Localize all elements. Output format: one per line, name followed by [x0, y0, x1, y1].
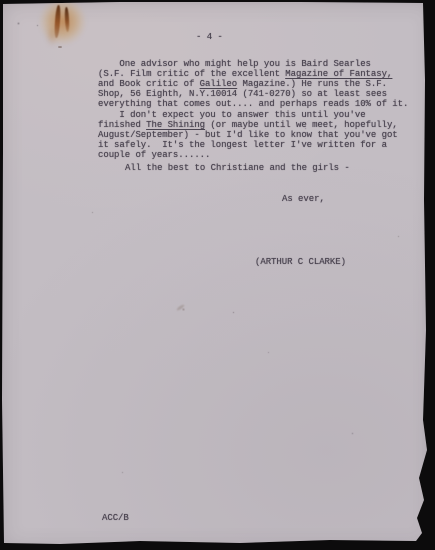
signature-name: (ARTHUR C CLARKE) — [255, 257, 346, 267]
paragraph-advisor: One advisor who might help you is Baird … — [98, 59, 408, 109]
typist-reference: ACC/B — [102, 513, 129, 523]
rust-streak — [64, 7, 69, 32]
rust-stain-blob — [34, 0, 86, 54]
letter-page: - 4 - One advisor who might help you is … — [0, 0, 435, 550]
rust-streak — [54, 5, 61, 38]
rust-stain-tail — [46, 28, 58, 46]
letter-line: and Book critic of Galileo Magazine.) He… — [98, 79, 408, 89]
letter-line: everything that comes out.... and perhap… — [98, 99, 408, 109]
closing-line: All the best to Christiane and the girls… — [125, 163, 350, 173]
letter-line: I don't expect you to answer this until … — [98, 110, 398, 120]
valediction: As ever, — [282, 194, 325, 204]
letter-line: One advisor who might help you is Baird … — [98, 59, 408, 69]
paper-smudge — [176, 304, 185, 312]
letter-line: finished The Shining (or maybe until we … — [98, 120, 398, 130]
page-number: - 4 - — [196, 32, 223, 42]
paragraph-reply: I don't expect you to answer this until … — [98, 110, 398, 160]
letter-line: Shop, 56 Eighth, N.Y.10014 (741-0270) so… — [98, 89, 408, 99]
letter-line: August/September) - but I'd like to know… — [98, 130, 398, 140]
letter-line: it safely. It's the longest letter I've … — [98, 140, 398, 150]
letter-line: couple of years...... — [98, 150, 398, 160]
letter-line: (S.F. Film critic of the excellent Magaz… — [98, 69, 408, 79]
paper-specks — [0, 0, 1, 1]
rust-stain — [34, 0, 86, 54]
rust-stain-dot — [58, 46, 62, 48]
